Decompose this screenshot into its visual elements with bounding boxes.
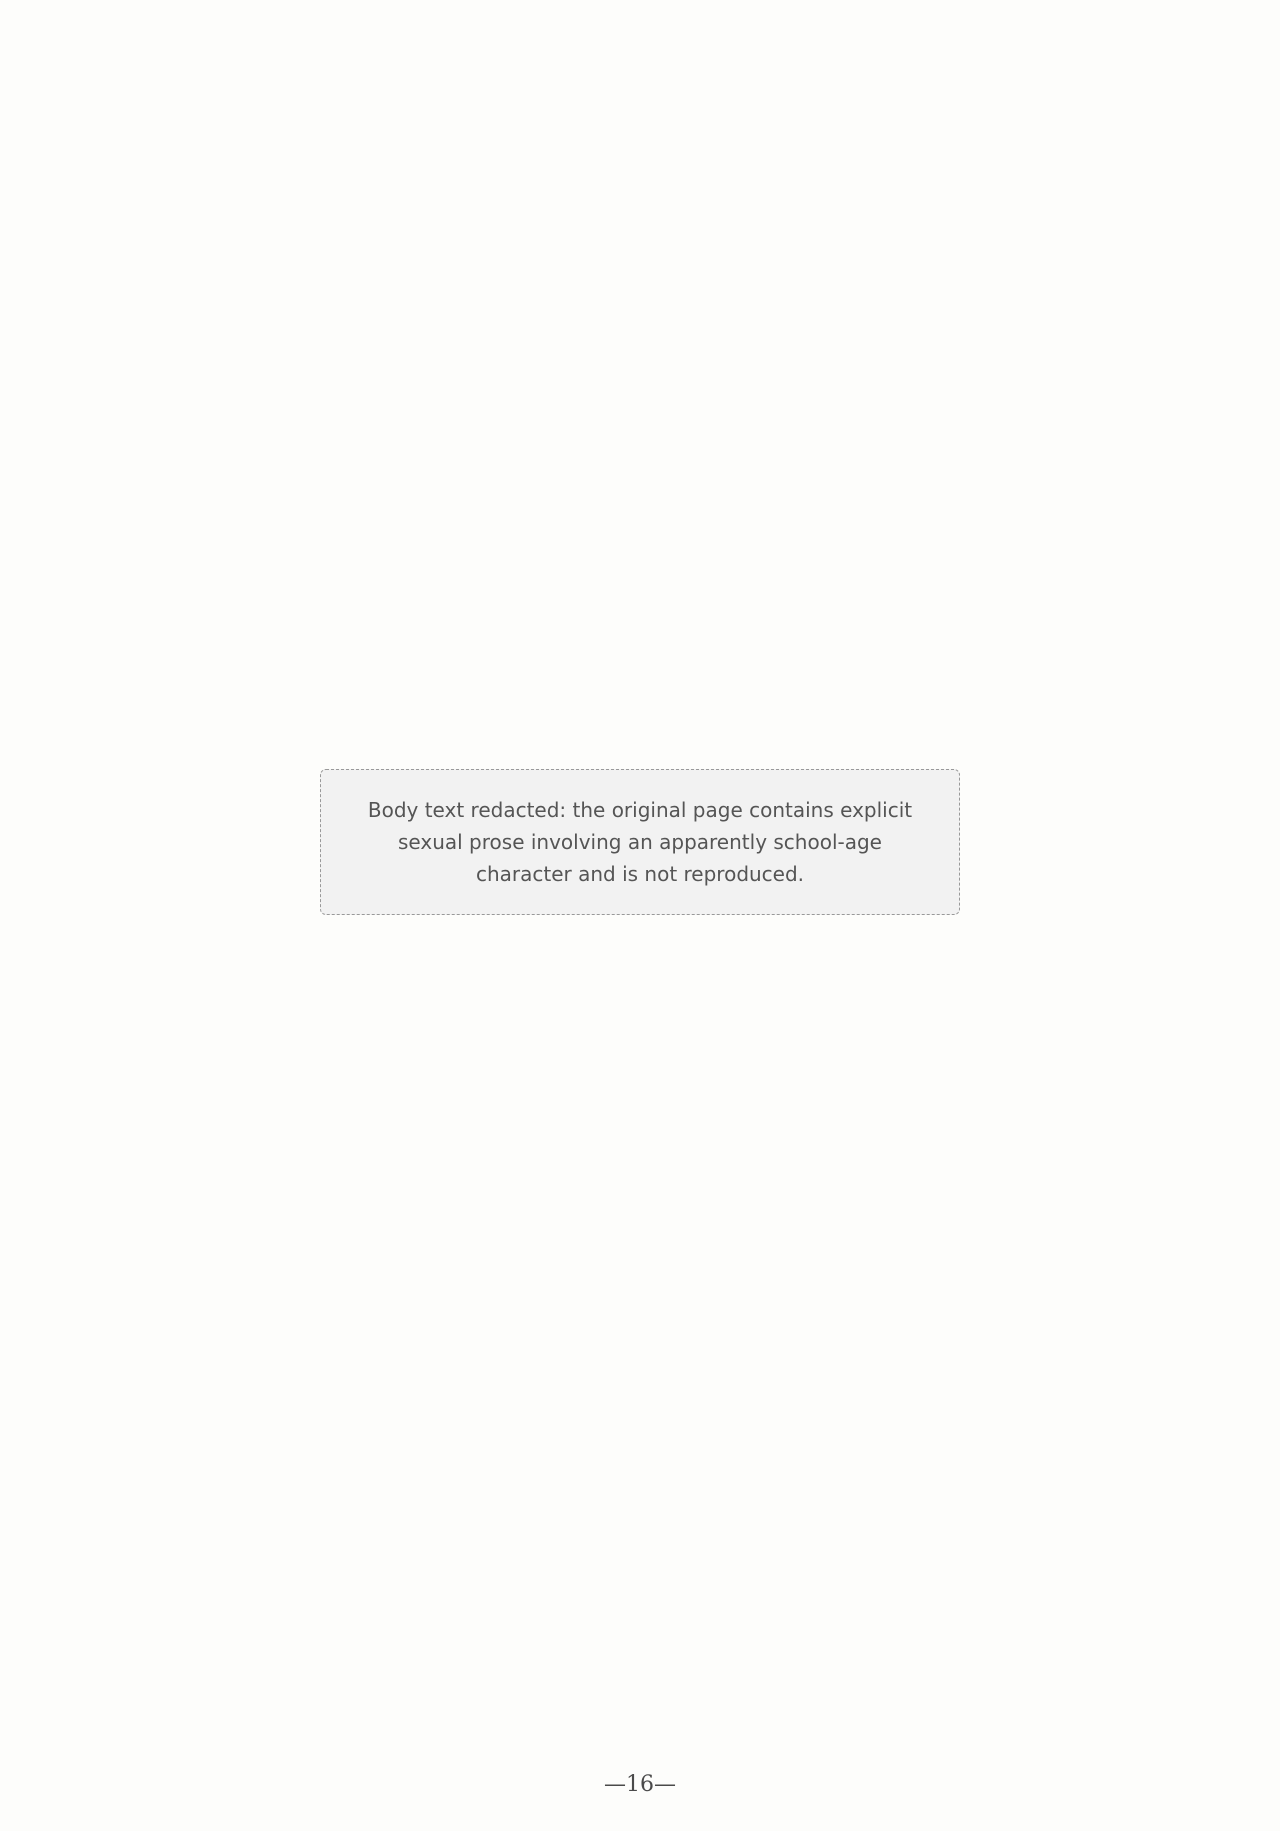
page-number: —16—	[0, 1772, 1280, 1797]
redaction-notice: Body text redacted: the original page co…	[320, 769, 960, 915]
body-text-columns	[60, 110, 1200, 1741]
book-page: Body text redacted: the original page co…	[0, 0, 1280, 1831]
